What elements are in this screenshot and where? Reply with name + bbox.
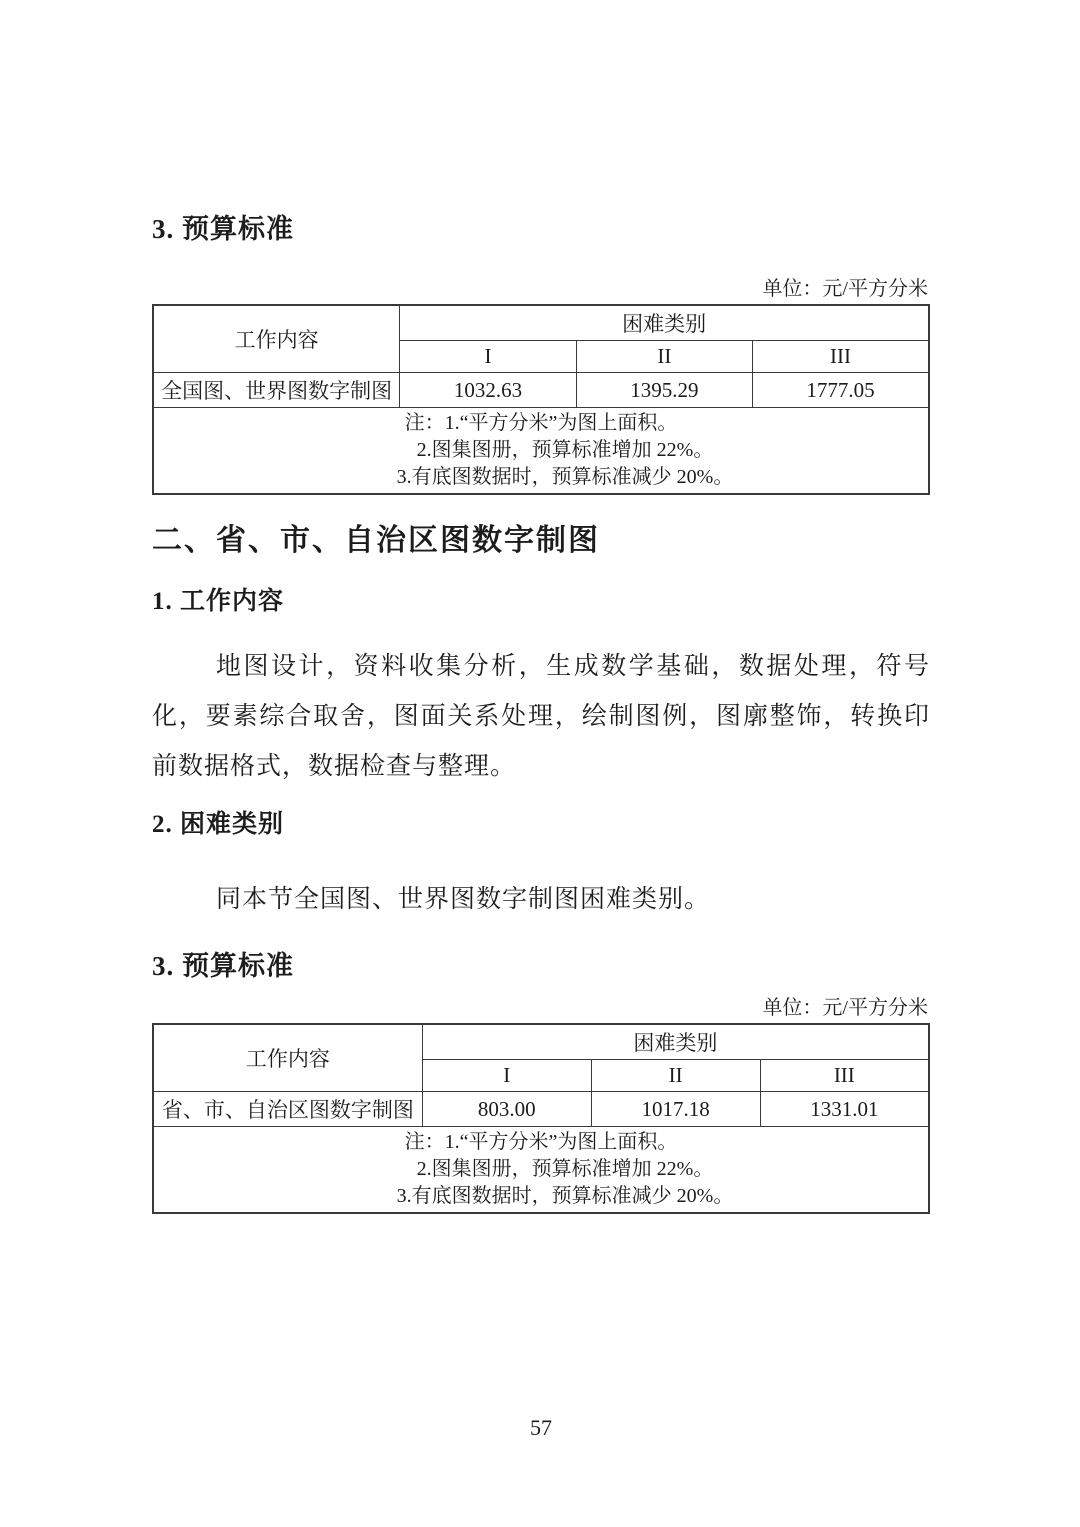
value-level-1: 803.00 — [422, 1092, 591, 1127]
difficulty-level-1: I — [400, 341, 576, 373]
table-row: 注：1.“平方分米”为图上面积。 2.图集图册，预算标准增加 22%。 3.有底… — [153, 1127, 929, 1214]
value-level-3: 1331.01 — [760, 1092, 929, 1127]
table-row: 工作内容 困难类别 — [153, 1024, 929, 1060]
value-level-3: 1777.05 — [753, 373, 929, 408]
difficulty-level-2: II — [576, 341, 752, 373]
row-label: 全国图、世界图数字制图 — [153, 373, 400, 408]
difficulty-category-text: 同本节全国图、世界图数字制图困难类别。 — [152, 885, 930, 915]
table-notes: 注：1.“平方分米”为图上面积。 2.图集图册，预算标准增加 22%。 3.有底… — [153, 408, 929, 495]
budget-standard-heading-national: 3. 预算标准 — [152, 212, 930, 247]
page-number: 57 — [152, 1414, 930, 1442]
row-label: 省、市、自治区图数字制图 — [153, 1092, 422, 1127]
note-line-3: 3.有底图数据时，预算标准减少 20%。 — [158, 464, 924, 491]
note-line-1: 注：1.“平方分米”为图上面积。 — [158, 1129, 924, 1156]
difficulty-level-3: III — [760, 1060, 929, 1092]
note-line-3: 3.有底图数据时，预算标准减少 20%。 — [158, 1183, 924, 1210]
note-line-2: 2.图集图册，预算标准增加 22%。 — [158, 1156, 924, 1183]
table-row: 全国图、世界图数字制图 1032.63 1395.29 1777.05 — [153, 373, 929, 408]
note-line-2: 2.图集图册，预算标准增加 22%。 — [158, 437, 924, 464]
work-content-paragraph: 地图设计，资料收集分析，生成数学基础，数据处理，符号化，要素综合取舍，图面关系处… — [152, 642, 930, 792]
table-row: 注：1.“平方分米”为图上面积。 2.图集图册，预算标准增加 22%。 3.有底… — [153, 408, 929, 495]
unit-label-national: 单位：元/平方分米 — [152, 277, 928, 301]
unit-label-province: 单位：元/平方分米 — [152, 996, 928, 1020]
difficulty-level-3: III — [753, 341, 929, 373]
difficulty-level-2: II — [591, 1060, 760, 1092]
value-level-2: 1017.18 — [591, 1092, 760, 1127]
value-level-1: 1032.63 — [400, 373, 576, 408]
table-notes: 注：1.“平方分米”为图上面积。 2.图集图册，预算标准增加 22%。 3.有底… — [153, 1127, 929, 1214]
value-level-2: 1395.29 — [576, 373, 752, 408]
budget-table-national: 工作内容 困难类别 I II III 全国图、世界图数字制图 1032.63 1… — [152, 304, 930, 495]
difficulty-category-heading: 2. 困难类别 — [152, 808, 930, 841]
difficulty-category-header: 困难类别 — [400, 305, 929, 341]
budget-table-province: 工作内容 困难类别 I II III 省、市、自治区图数字制图 803.00 1… — [152, 1023, 930, 1214]
table-row: 省、市、自治区图数字制图 803.00 1017.18 1331.01 — [153, 1092, 929, 1127]
document-page: 3. 预算标准 单位：元/平方分米 工作内容 困难类别 I II III 全国图… — [0, 0, 1080, 1527]
work-content-heading: 1. 工作内容 — [152, 585, 930, 618]
note-line-1: 注：1.“平方分米”为图上面积。 — [158, 410, 924, 437]
budget-standard-heading-province: 3. 预算标准 — [152, 949, 930, 984]
work-content-header: 工作内容 — [153, 1024, 422, 1092]
difficulty-category-header: 困难类别 — [422, 1024, 929, 1060]
difficulty-level-1: I — [422, 1060, 591, 1092]
table-row: 工作内容 困难类别 — [153, 305, 929, 341]
section-heading-province: 二、省、市、自治区图数字制图 — [152, 521, 930, 561]
work-content-header: 工作内容 — [153, 305, 400, 373]
